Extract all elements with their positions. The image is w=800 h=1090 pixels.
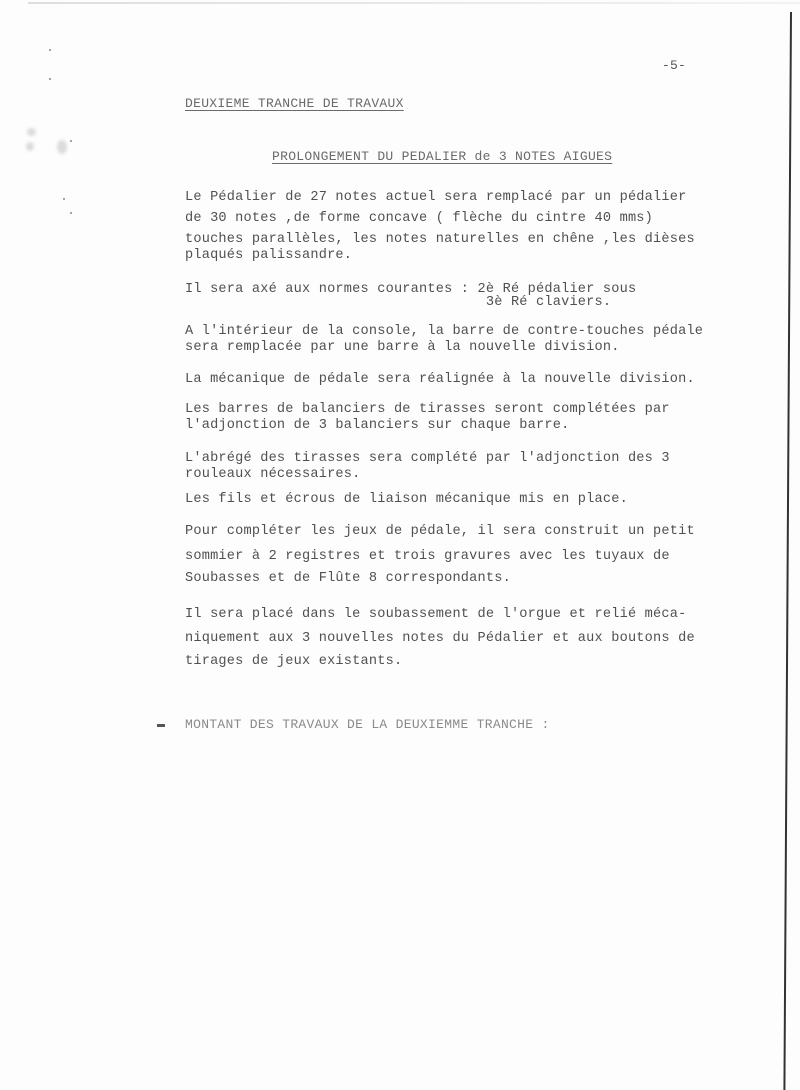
text-line: touches parallèles, les notes naturelles… (185, 232, 695, 248)
margin-speck (70, 140, 72, 142)
text-line: Le Pédalier de 27 notes actuel sera remp… (185, 190, 686, 206)
text-line: Les barres de balanciers de tirasses ser… (185, 402, 670, 418)
margin-speck (49, 78, 51, 80)
text-line: sera remplacée par une barre à la nouvel… (185, 340, 620, 356)
page-number: -5- (662, 58, 686, 74)
page-right-edge-rule (783, 12, 792, 1090)
text-line: de 30 notes ,de forme concave ( flèche d… (185, 211, 653, 227)
section-title: DEUXIEME TRANCHE DE TRAVAUX (185, 96, 404, 111)
text-line: tirages de jeux existants. (185, 654, 402, 670)
text-line: rouleaux nécessaires. (185, 467, 361, 483)
total-amount-line: MONTANT DES TRAVAUX DE LA DEUXIEMME TRAN… (185, 717, 550, 732)
margin-smudge (57, 140, 67, 154)
text-line: plaqués palissandre. (185, 248, 352, 264)
text-line: La mécanique de pédale sera réalignée à … (185, 372, 695, 388)
margin-smudge (26, 142, 34, 151)
bullet-dash (157, 724, 165, 727)
text-line: Les fils et écrous de liaison mécanique … (185, 492, 628, 508)
text-line: Soubasses et de Flûte 8 correspondants. (185, 571, 511, 587)
margin-speck (49, 49, 51, 51)
text-line: Pour compléter les jeux de pédale, il se… (185, 524, 695, 540)
text-line: niquement aux 3 nouvelles notes du Pédal… (185, 631, 695, 647)
text-line: l'adjonction de 3 balanciers sur chaque … (185, 418, 569, 434)
margin-speck (70, 212, 72, 214)
page-top-edge (28, 2, 800, 4)
text-line: L'abrégé des tirasses sera complété par … (185, 451, 670, 467)
margin-speck (63, 198, 65, 200)
text-line: 3è Ré claviers. (185, 295, 611, 311)
text-line: A l'intérieur de la console, la barre de… (185, 324, 703, 340)
margin-smudge (27, 128, 36, 136)
text-line: Il sera placé dans le soubassement de l'… (185, 607, 686, 623)
text-line: sommier à 2 registres et trois gravures … (185, 549, 670, 565)
subsection-title: PROLONGEMENT DU PEDALIER de 3 NOTES AIGU… (272, 149, 612, 164)
